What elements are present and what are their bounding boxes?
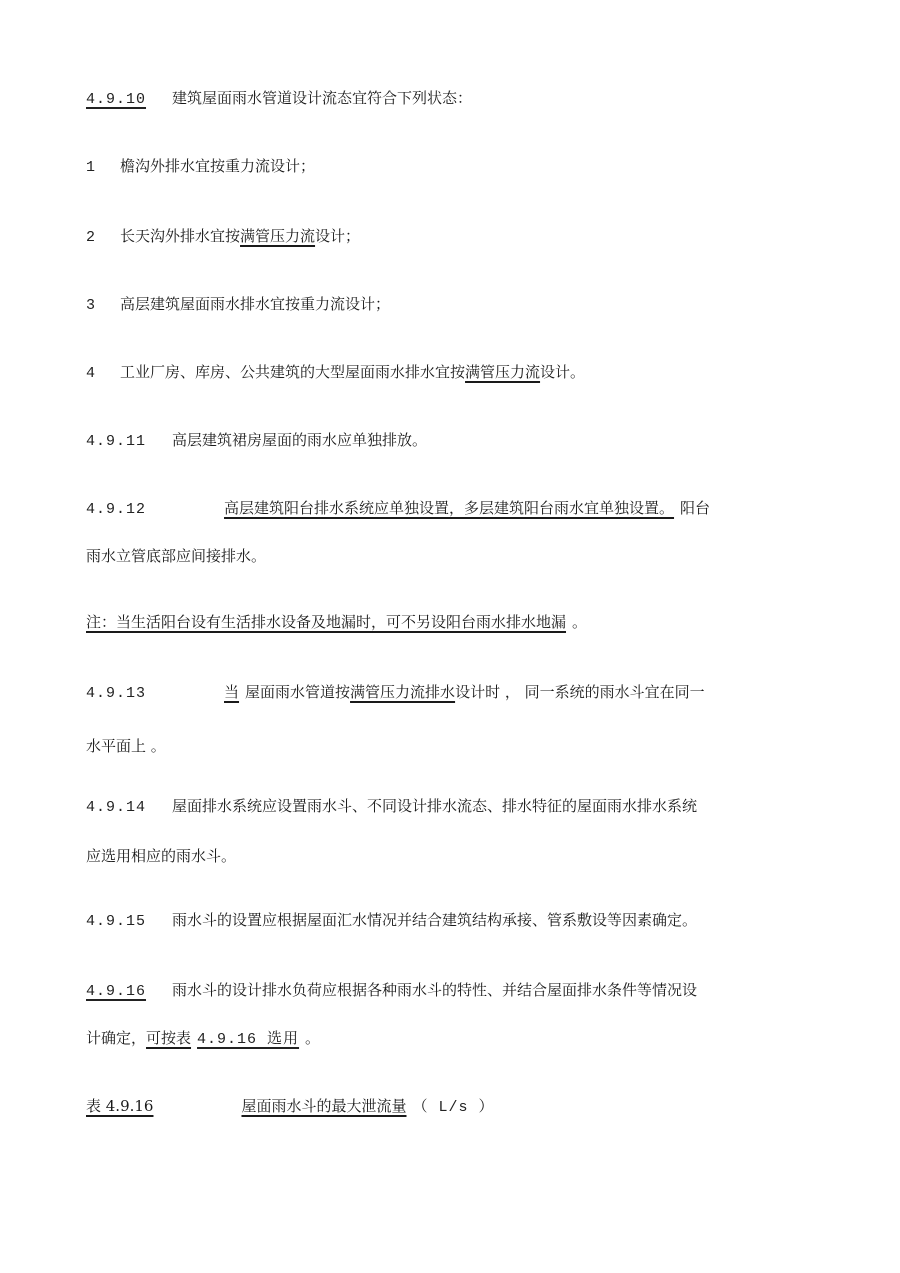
clause-4-9-12-continued: 雨水立管底部应间接排水。	[86, 546, 266, 566]
item-number: 4	[86, 365, 96, 382]
clause-number: 4.9.12	[86, 501, 146, 518]
clause-4-9-14: 4.9.14屋面排水系统应设置雨水斗、不同设计排水流态、排水特征的屋面雨水排水系…	[86, 796, 697, 818]
clause-text: 屋面雨水管道按	[245, 683, 350, 701]
table-title: 屋面雨水斗的最大泄流量	[241, 1097, 406, 1115]
clause-number: 4.9.10	[86, 91, 146, 108]
note-text: 注：当生活阳台设有生活排水设备及地漏时，可不另设阳台雨水排水地漏	[86, 613, 566, 631]
item-number: 2	[86, 229, 96, 246]
clause-text: 雨水斗的设计排水负荷应根据各种雨水斗的特性、并结合屋面排水条件等情况设	[172, 981, 697, 999]
clause-text: 雨水斗的设置应根据屋面汇水情况并结合建筑结构承接、管系敷设等因素确定。	[172, 911, 697, 929]
clause-number: 4.9.16	[86, 983, 146, 1000]
clause-4-9-11: 4.9.11高层建筑裙房屋面的雨水应单独排放。	[86, 430, 427, 452]
clause-4-9-12: 4.9.12高层建筑阳台排水系统应单独设置，多层建筑阳台雨水宜单独设置。阳台	[86, 498, 710, 520]
clause-text: 计确定，	[86, 1029, 146, 1047]
clause-text: 应选用相应的雨水斗。	[86, 847, 236, 865]
note-tail: 。	[572, 613, 587, 631]
clause-text: 屋面排水系统应设置雨水斗、不同设计排水流态、排水特征的屋面雨水排水系统	[172, 797, 697, 815]
item-text: 高层建筑屋面雨水排水宜按重力流设计；	[120, 295, 390, 313]
list-item-2: 2长天沟外排水宜按满管压力流设计；	[86, 226, 360, 248]
item-text-tail: 设计；	[315, 227, 360, 245]
item-text: 檐沟外排水宜按重力流设计；	[120, 157, 315, 175]
item-number: 1	[86, 159, 96, 176]
clause-4-9-13: 4.9.13当屋面雨水管道按满管压力流排水设计时 ， 同一系统的雨水斗宜在同一	[86, 682, 705, 704]
table-label: 表 4.9.16屋面雨水斗的最大泄流量	[86, 1097, 407, 1115]
clause-text-underlined: 高层建筑阳台排水系统应单独设置，多层建筑阳台雨水宜单独设置。	[224, 499, 674, 517]
clause-4-9-13-continued: 水平面上 。	[86, 736, 166, 756]
list-item-1: 1檐沟外排水宜按重力流设计；	[86, 156, 315, 178]
list-item-4: 4工业厂房、库房、公共建筑的大型屋面雨水排水宜按满管压力流设计。	[86, 362, 585, 384]
underlined-term: 满管压力流排水	[350, 683, 455, 701]
clause-4-9-16-continued: 计确定，可按表4.9.16 选用。	[86, 1028, 320, 1050]
clause-text: 高层建筑裙房屋面的雨水应单独排放。	[172, 431, 427, 449]
clause-4-9-16: 4.9.16雨水斗的设计排水负荷应根据各种雨水斗的特性、并结合屋面排水条件等情况…	[86, 980, 697, 1002]
clause-text: 建筑屋面雨水管道设计流态宜符合下列状态：	[172, 89, 472, 107]
clause-text-tail: 阳台	[680, 499, 710, 517]
clause-text: 雨水立管底部应间接排水。	[86, 547, 266, 565]
clause-text: 水平面上 。	[86, 737, 166, 755]
item-text: 工业厂房、库房、公共建筑的大型屋面雨水排水宜按	[120, 363, 465, 381]
note: 注：当生活阳台设有生活排水设备及地漏时，可不另设阳台雨水排水地漏。	[86, 612, 587, 632]
clause-text-tail: 设计时 ， 同一系统的雨水斗宜在同一	[455, 683, 705, 701]
table-reference-prefix: 可按表	[146, 1029, 191, 1047]
underlined-word: 当	[224, 683, 239, 701]
list-item-3: 3高层建筑屋面雨水排水宜按重力流设计；	[86, 294, 390, 316]
clause-4-9-15: 4.9.15雨水斗的设置应根据屋面汇水情况并结合建筑结构承接、管系敷设等因素确定…	[86, 910, 697, 932]
item-text-tail: 设计。	[540, 363, 585, 381]
item-number: 3	[86, 297, 96, 314]
clause-text-tail: 。	[305, 1029, 320, 1047]
clause-4-9-10: 4.9.10建筑屋面雨水管道设计流态宜符合下列状态：	[86, 88, 472, 110]
table-reference: 4.9.16 选用	[197, 1031, 299, 1048]
underlined-term: 满管压力流	[465, 363, 540, 381]
item-text: 长天沟外排水宜按	[120, 227, 240, 245]
underlined-term: 满管压力流	[240, 227, 315, 245]
clause-number: 4.9.11	[86, 433, 146, 450]
clause-number: 4.9.15	[86, 913, 146, 930]
table-caption: 表 4.9.16屋面雨水斗的最大泄流量（ L/s ）	[86, 1096, 495, 1118]
clause-number: 4.9.13	[86, 685, 146, 702]
clause-4-9-14-continued: 应选用相应的雨水斗。	[86, 846, 236, 866]
clause-number: 4.9.14	[86, 799, 146, 816]
table-unit: （ L/s ）	[413, 1099, 495, 1116]
